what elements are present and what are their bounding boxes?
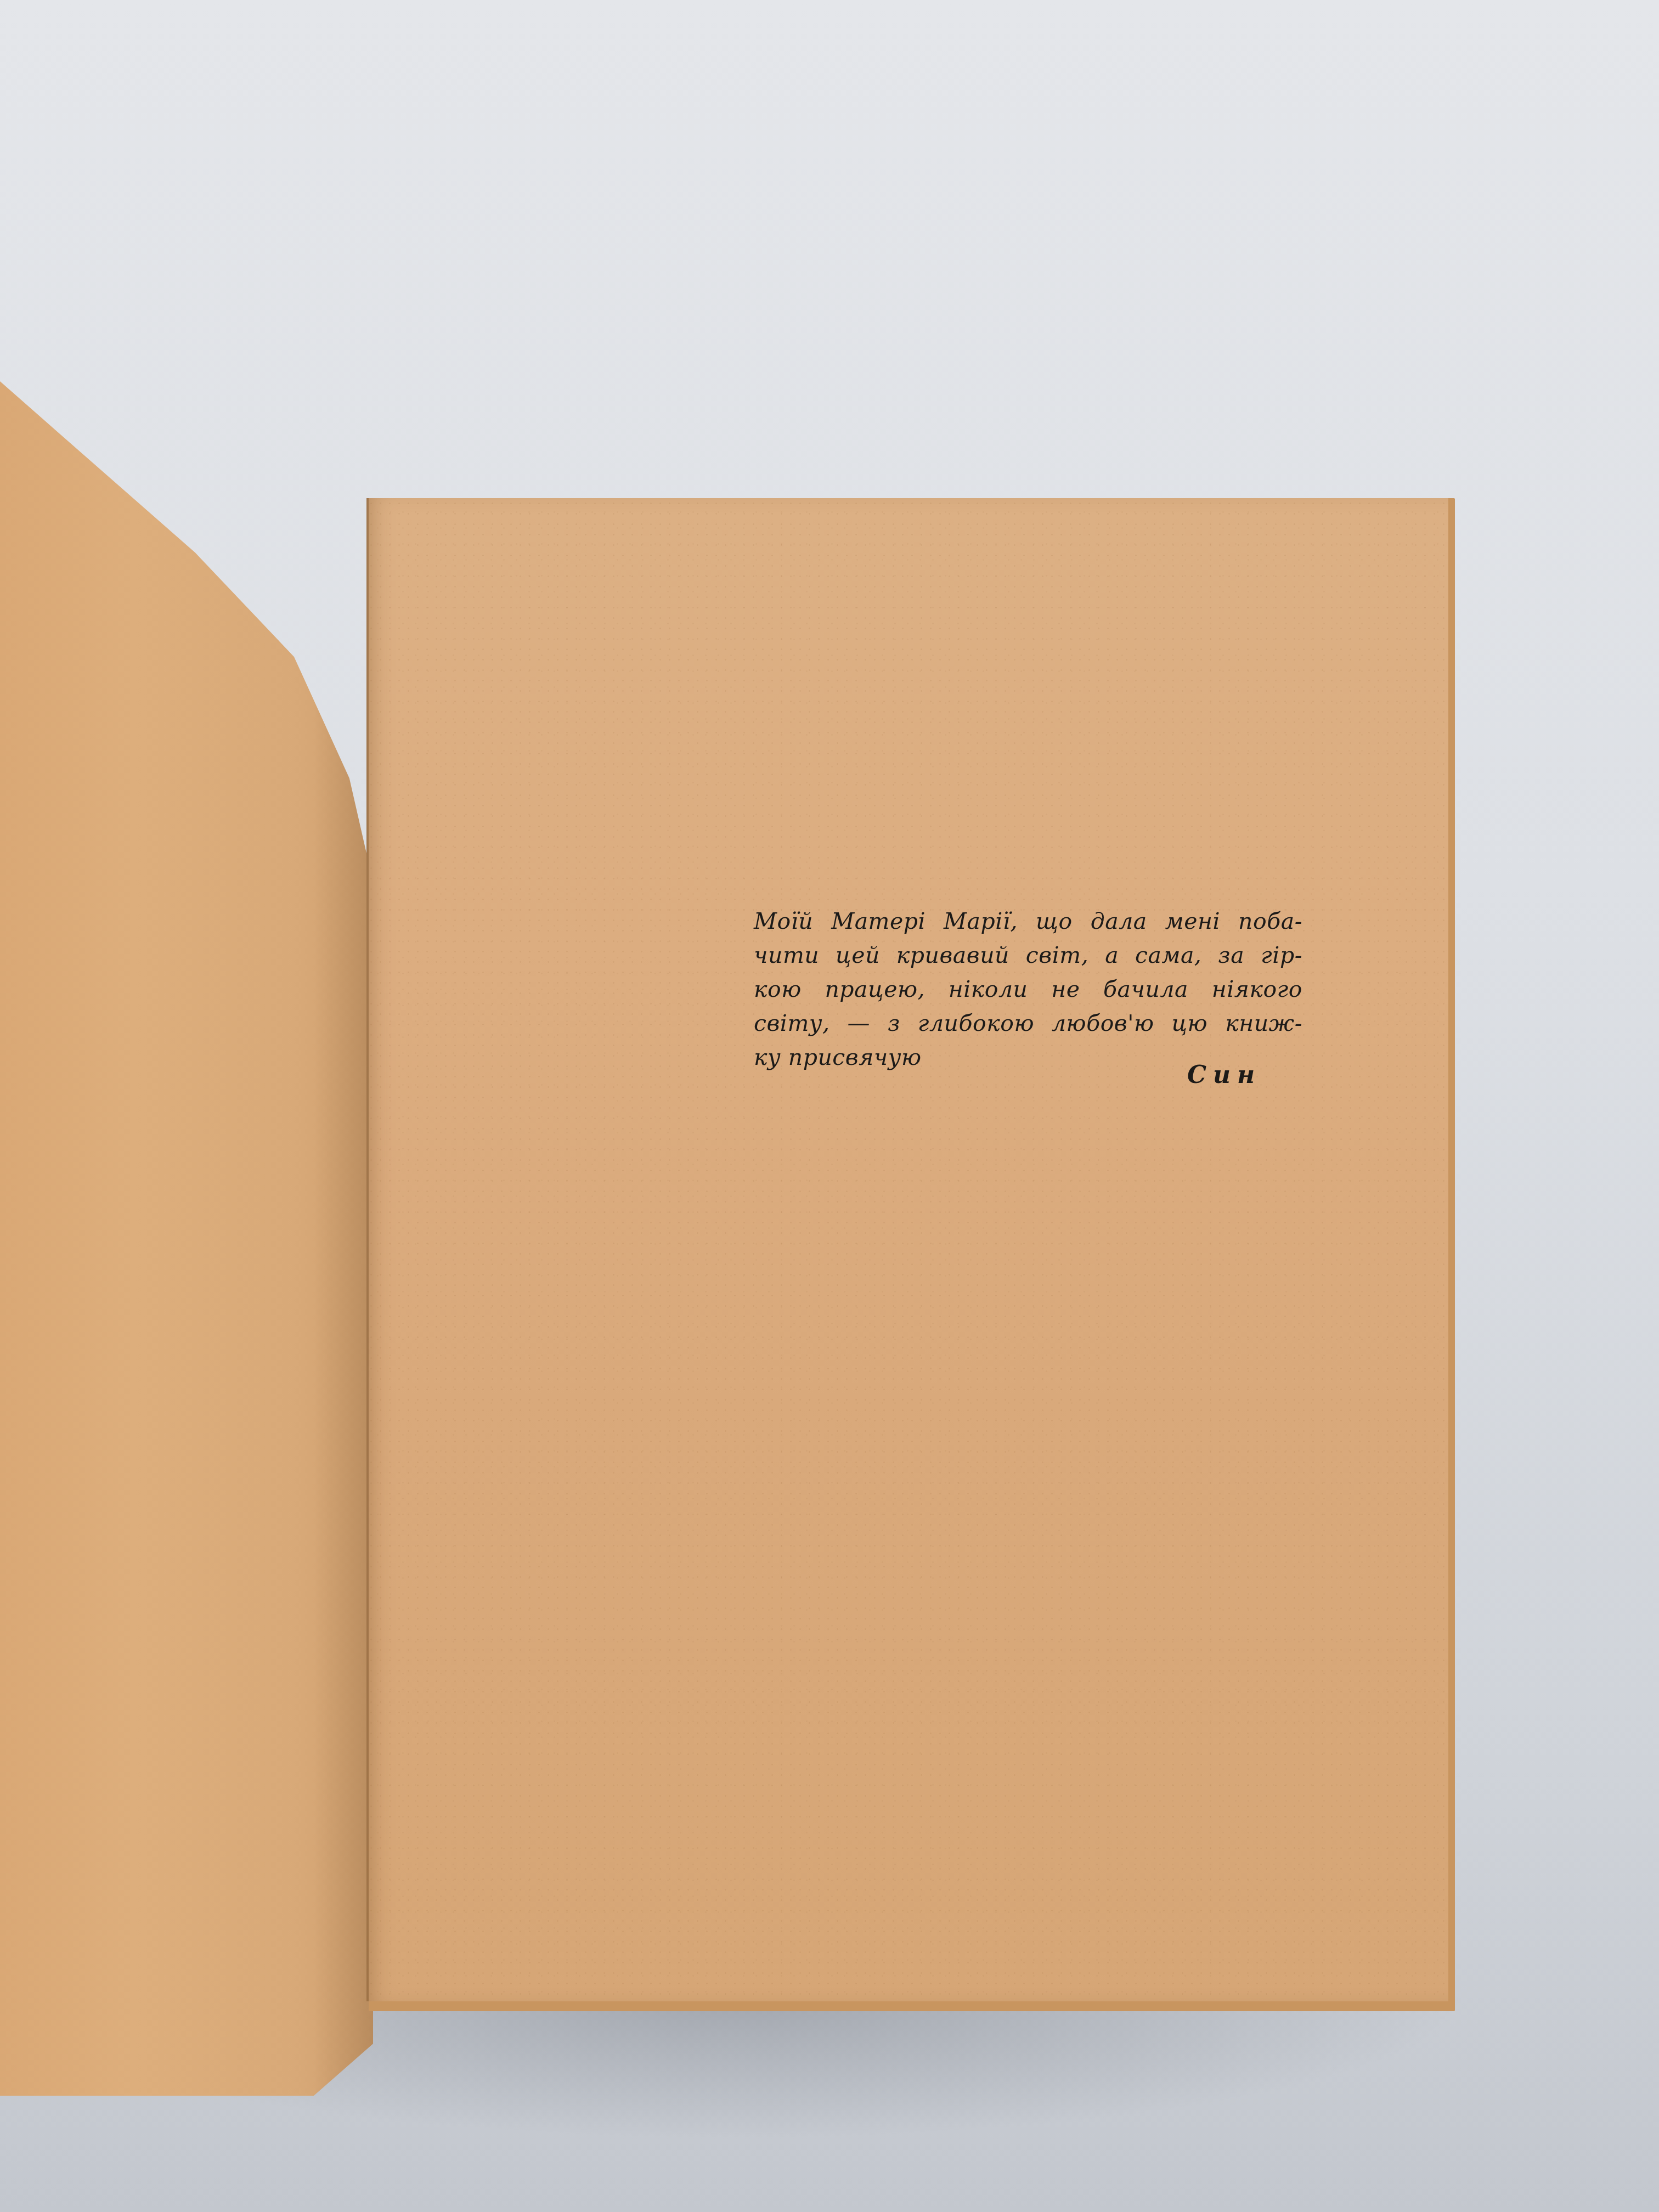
book-gutter (366, 498, 369, 2001)
dedication-signature: Син (1187, 1061, 1261, 1089)
dedication-line: Моїй Матері Марії, що дала мені поба- (754, 904, 1302, 938)
photo-scene: Моїй Матері Марії, що дала мені поба- чи… (0, 0, 1659, 2212)
right-page (366, 498, 1448, 2001)
left-page (0, 362, 373, 2096)
dedication-text: Моїй Матері Марії, що дала мені поба- чи… (754, 904, 1302, 1074)
dedication-line: чити цей кривавий світ, а сама, за гір- (754, 938, 1302, 972)
dedication-line: світу, — з глибокою любов'ю цю книж- (754, 1006, 1302, 1040)
dedication-line: кою працею, ніколи не бачила ніякого (754, 972, 1302, 1006)
